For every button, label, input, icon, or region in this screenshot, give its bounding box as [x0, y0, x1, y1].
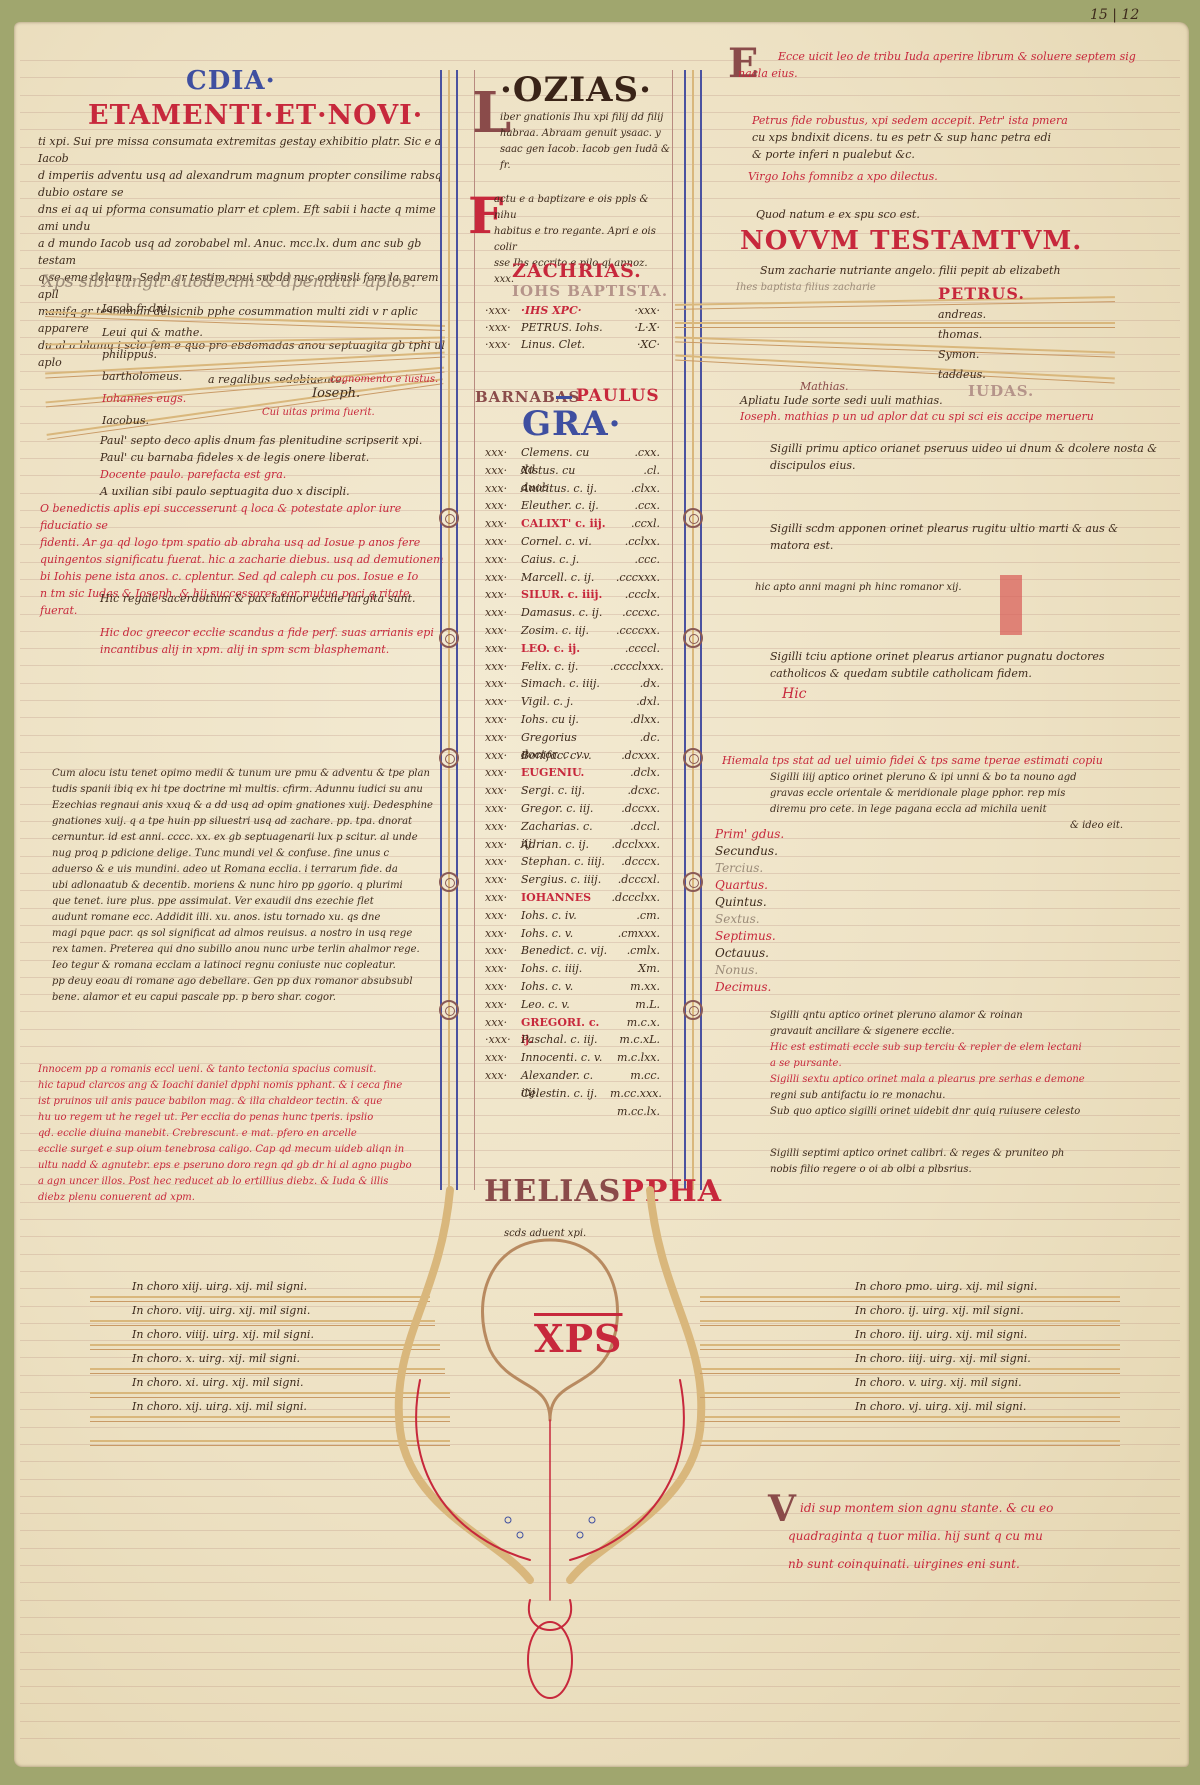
pope-marker: xxx·	[485, 853, 521, 870]
pope-marker: xxx·	[485, 942, 521, 959]
pope-row: xxx·Zosim. c. iij..ccccxx.	[485, 622, 660, 639]
pope-row: xxx·Leo. c. v.m.L.	[485, 996, 660, 1013]
apostle-strand	[675, 322, 1115, 328]
pope-row: xxx·LEO. c. ij..ccccl.	[485, 640, 660, 657]
red-blot	[1000, 575, 1022, 635]
pope-marker: xxx·	[485, 711, 521, 728]
ozias-title: ·OZIAS·	[500, 70, 652, 110]
pope-years: .dccxx.	[610, 800, 660, 817]
roundel-ornament	[683, 872, 703, 892]
pope-row: xxx·Zacharias. c. iij..dccl.	[485, 818, 660, 835]
pope-row: xxx·Caius. c. j..ccc.	[485, 551, 660, 568]
pope-marker: xxx·	[485, 622, 521, 639]
pope-row: xxx·Eleuther. c. ij..ccx.	[485, 497, 660, 514]
choir-line: In choro. iij. uirg. xij. mil signi.	[855, 1328, 1027, 1341]
pope-years: .dcccx.	[610, 853, 660, 870]
pope-name: Damasus. c. ij.	[521, 604, 610, 621]
pope-row: xxx·Adrian. c. ij..dcclxxx.	[485, 836, 660, 853]
pope-name: Sergius. c. iiij.	[521, 871, 610, 888]
nt-subline: Sum zacharie nutriante angelo. filii pep…	[760, 262, 1061, 279]
paul-notes: Paul' septo deco aplis dnum fas plenitud…	[100, 432, 440, 500]
regale-line: Hic regale sacerdotium & pax latinor ecc…	[100, 590, 415, 607]
pope-name: Benedict. c. vij.	[521, 942, 610, 959]
pope-years: .cl.	[610, 462, 660, 479]
pope-name: Gregor. c. iij.	[521, 800, 610, 817]
pope-name: SILUR. c. iiij.	[521, 586, 610, 603]
pope-marker: xxx·	[485, 889, 521, 906]
pope-years: m.c.xL.	[610, 1031, 660, 1048]
pope-years: .cccclxxx.	[610, 658, 660, 675]
pope-years: .dcxxx.	[610, 747, 660, 764]
pope-years: .dcccxl.	[610, 871, 660, 888]
seals-5-to-7: Sigilli qntu aptico orinet pleruno alamo…	[770, 1008, 1170, 1178]
intro-paragraph: ti xpi. Sui pre missa consumata extremit…	[38, 133, 448, 388]
pope-marker: xxx·	[485, 515, 521, 532]
pope-name: LEO. c. ij.	[521, 640, 610, 657]
pope-row: m.cc.lx.	[485, 1103, 660, 1120]
pope-row: xxx·EUGENIU..dclx.	[485, 764, 660, 781]
pope-name	[521, 1103, 610, 1120]
heading-line-1: CDIA·	[186, 66, 276, 96]
choir-strand	[700, 1344, 1120, 1350]
pope-years: .dlxx.	[610, 711, 660, 728]
apostle-name: Iohannes eugs.	[102, 392, 186, 405]
pope-marker: xxx·	[485, 729, 521, 746]
petrus-paragraph: Petrus fide robustus, xpi sedem accepit.…	[752, 112, 1172, 163]
choir-strand	[700, 1416, 1120, 1422]
choir-strand	[90, 1296, 430, 1302]
pope-row: xxx·Stephan. c. iiij..dcccx.	[485, 853, 660, 870]
roundel-ornament	[439, 872, 459, 892]
paulus-label: PAULUS	[576, 386, 660, 406]
pope-marker: xxx·	[485, 533, 521, 550]
pope-marker: xxx·	[485, 960, 521, 977]
pope-name: GREGORI. c. ij.	[521, 1014, 610, 1031]
roundel-ornament	[683, 748, 703, 768]
pope-marker: xxx·	[485, 462, 521, 479]
roundel-ornament	[683, 628, 703, 648]
pope-years: .ccccxx.	[610, 622, 660, 639]
pope-marker: xxx·	[485, 1014, 521, 1031]
dash-ornament	[556, 396, 572, 399]
seal-1: Sigilli primu aptico orianet pseruus uid…	[770, 440, 1170, 474]
novum-testamentum-title: NOVVM TESTAMTVM.	[740, 226, 1082, 256]
pope-years: .cxx.	[610, 444, 660, 461]
christ-medallion-ornament	[380, 1180, 720, 1780]
pope-years: .ccccl.	[610, 640, 660, 657]
pope-marker: xxx·	[485, 800, 521, 817]
pope-name: CALIXT' c. iij.	[521, 515, 610, 532]
pope-row: xxx·Marcell. c. ij..cccxxx.	[485, 569, 660, 586]
pope-row: xxx·Iohs. c. v..cmxxx.	[485, 925, 660, 942]
john-baptist-label: IOHS BAPTISTA.	[512, 282, 668, 300]
joseph-mathias-line: Ioseph. mathias p un ud aplor dat cu spi…	[740, 408, 1180, 425]
pope-years: .dccl.	[610, 818, 660, 835]
pope-marker: xxx·	[485, 871, 521, 888]
apostles-heading: Xps sibi iungit duodecim & dpenatur aplo…	[42, 272, 416, 292]
choir-line: In choro pmo. uirg. xij. mil signi.	[855, 1280, 1037, 1293]
column-frame-right	[672, 70, 673, 1190]
pope-name: Cornel. c. vi.	[521, 533, 610, 550]
pope-name: Stephan. c. iiij.	[521, 853, 610, 870]
choir-line: In choro. ij. uirg. xij. mil signi.	[855, 1304, 1024, 1317]
pope-name: Paschal. c. iij.	[521, 1031, 610, 1048]
choir-line: In choro. iiij. uirg. xij. mil signi.	[855, 1352, 1031, 1365]
xps-monogram: XPS	[534, 1316, 623, 1361]
pope-name: Simach. c. iiij.	[521, 675, 610, 692]
pope-name: Leo. c. v.	[521, 996, 610, 1013]
pope-row: xxx·Iohs. c. iv..cm.	[485, 907, 660, 924]
pope-marker: xxx·	[485, 978, 521, 995]
joseph-label: Ioseph.	[312, 386, 360, 401]
roundel-ornament	[439, 628, 459, 648]
pope-name: Eleuther. c. ij.	[521, 497, 610, 514]
pope-row: xxx·Anicitus. c. ij..clxx.	[485, 480, 660, 497]
pope-row: xxx·Iohs. c. v.m.xx.	[485, 978, 660, 995]
pope-name: Xistus. cu duob.	[521, 462, 610, 479]
pope-marker: xxx·	[485, 480, 521, 497]
choir-line: In choro. xi. uirg. xij. mil signi.	[132, 1376, 303, 1389]
pope-row: xxx·Bonifac. c. v..dcxxx.	[485, 747, 660, 764]
pope-years: m.cc.lx.	[610, 1103, 660, 1120]
pope-row: xxx·Cornel. c. vi..cclxx.	[485, 533, 660, 550]
hic-label: Hic	[782, 686, 807, 702]
pope-marker: xxx·	[485, 675, 521, 692]
pope-row: xxx·Vigil. c. j..dxl.	[485, 693, 660, 710]
pope-marker: xxx·	[485, 497, 521, 514]
pope-row: xxx·Alexander. c. iiij.m.cc.	[485, 1067, 660, 1084]
pope-name: Adrian. c. ij.	[521, 836, 610, 853]
apostle-name: PETRUS.	[938, 284, 1025, 303]
roundel-ornament	[683, 1000, 703, 1020]
apostle-name: philippus.	[102, 348, 157, 361]
joseph-note: Cui uitas prima fuerit.	[262, 405, 375, 420]
pope-name: Zosim. c. iij.	[521, 622, 610, 639]
seal-3: Sigilli tciu aptione orinet plearus arti…	[770, 648, 1160, 682]
pope-row: Celestin. c. ij.m.cc.xxx.	[485, 1085, 660, 1102]
apostle-name: Symon.	[938, 348, 979, 361]
pope-marker: xxx·	[485, 925, 521, 942]
pope-years: .cccxxx.	[610, 569, 660, 586]
pope-row: ·xxx·Paschal. c. iij.m.c.xL.	[485, 1031, 660, 1048]
choir-line: In choro. x. uirg. xij. mil signi.	[132, 1352, 300, 1365]
pope-row: xxx·Iohs. c. iiij.Xm.	[485, 960, 660, 977]
pope-row: xxx·Iohs. cu ij..dlxx.	[485, 711, 660, 728]
pope-marker: xxx·	[485, 764, 521, 781]
ordinal-list: Prim' gdus. Secundus. Tercius. Quartus. …	[715, 826, 784, 996]
pope-years: m.cc.xxx.	[610, 1085, 660, 1102]
pope-name: Iohs. cu ij.	[521, 711, 610, 728]
column-line-left-blue	[456, 70, 458, 1190]
roundel-ornament	[439, 508, 459, 528]
pope-years: .ccx.	[610, 497, 660, 514]
pope-name: Sergi. c. iij.	[521, 782, 610, 799]
pope-years: m.L.	[610, 996, 660, 1013]
pope-years: .dcxc.	[610, 782, 660, 799]
apostle-name: Iacobus.	[102, 414, 149, 427]
pope-row: xxx·Gregorius doctor. c. v..dc.	[485, 729, 660, 746]
succession-row: ·xxx·PETRUS. Iohs.·L·X·	[485, 319, 660, 336]
pope-marker: ·xxx·	[485, 1031, 521, 1048]
pope-years: .dclx.	[610, 764, 660, 781]
pope-years: m.c.lxx.	[610, 1049, 660, 1066]
pope-years: .cccxc.	[610, 604, 660, 621]
pope-years: .cclxx.	[610, 533, 660, 550]
pope-years: .ccclx.	[610, 586, 660, 603]
seal-4: Sigilli iiij aptico orinet pleruno & ipi…	[770, 770, 1170, 834]
quod-natum: Quod natum e ex spu sco est.	[756, 206, 920, 223]
zacharias-label: ZACHRIAS.	[512, 260, 642, 282]
pope-name: Clemens. cu dd.	[521, 444, 610, 461]
vidi-paragraph: idi sup montem sion agnu stante. & cu eo…	[800, 1494, 1053, 1578]
pope-row: xxx·Gregor. c. iij..dccxx.	[485, 800, 660, 817]
pope-name: Iohs. c. v.	[521, 925, 610, 942]
pope-row: xxx·Benedict. c. vij..cmlx.	[485, 942, 660, 959]
joseph-note: cognomento e iustus.	[330, 372, 438, 387]
pope-marker: xxx·	[485, 640, 521, 657]
heading-line-2: ETAMENTI·ET·NOVI·	[88, 100, 423, 131]
pope-years: m.cc.	[610, 1067, 660, 1084]
pope-row: xxx·Sergi. c. iij..dcxc.	[485, 782, 660, 799]
pope-name: Anicitus. c. ij.	[521, 480, 610, 497]
pope-row: xxx·Xistus. cu duob..cl.	[485, 462, 660, 479]
apostle-name: taddeus.	[938, 368, 986, 381]
pope-row: xxx·Clemens. cu dd..cxx.	[485, 444, 660, 461]
gratia-title: GRA·	[522, 404, 622, 444]
pope-name: Iohs. c. v.	[521, 978, 610, 995]
roundel-ornament	[439, 748, 459, 768]
pope-row: xxx·Sergius. c. iiij..dcccxl.	[485, 871, 660, 888]
pope-marker: xxx·	[485, 569, 521, 586]
greek-church-note: Hic doc greecor ecclie scandus a fide pe…	[100, 624, 450, 658]
pope-years: .cmxxx.	[610, 925, 660, 942]
pope-marker	[485, 1103, 521, 1120]
choir-strand	[700, 1392, 1120, 1398]
pope-name: Alexander. c. iiij.	[521, 1067, 610, 1084]
choir-line: In choro. vj. uirg. xij. mil signi.	[855, 1400, 1026, 1413]
pope-years: .dc.	[610, 729, 660, 746]
pope-name: Caius. c. j.	[521, 551, 610, 568]
pope-years: .cm.	[610, 907, 660, 924]
ezechias-paragraph: Cum alocu istu tenet opimo medii & tunum…	[52, 766, 452, 1006]
pope-marker: xxx·	[485, 782, 521, 799]
pope-marker: xxx·	[485, 444, 521, 461]
pope-years: .ccc.	[610, 551, 660, 568]
pope-name: Innocenti. c. v.	[521, 1049, 610, 1066]
column-line-right-blue	[700, 70, 702, 1190]
choir-strand	[700, 1296, 1120, 1302]
pope-row: xxx·SILUR. c. iiij..ccclx.	[485, 586, 660, 603]
pope-marker: xxx·	[485, 1067, 521, 1084]
pope-row: xxx·IOHANNES.dccclxx.	[485, 889, 660, 906]
pope-name: Bonifac. c. v.	[521, 747, 610, 764]
pope-name: Iohs. c. iv.	[521, 907, 610, 924]
pope-years: m.xx.	[610, 978, 660, 995]
pope-name: Celestin. c. ij.	[521, 1085, 610, 1102]
faint-note: Ihes baptista filius zacharie	[736, 280, 876, 295]
pope-marker: xxx·	[485, 693, 521, 710]
virgo-iohs: Virgo Iohs fomnibz a xpo dilectus.	[748, 168, 938, 185]
pope-marker	[485, 1085, 521, 1102]
pope-years: .ccxl.	[610, 515, 660, 532]
pope-years: m.c.x.	[610, 1014, 660, 1031]
roundel-ornament	[439, 1000, 459, 1020]
pope-years: .dccclxx.	[610, 889, 660, 906]
mathias-line: Apliatu Iude sorte sedi uuli mathias.	[740, 392, 943, 409]
pope-years: .dxl.	[610, 693, 660, 710]
pope-row: xxx·Damasus. c. ij..cccxc.	[485, 604, 660, 621]
apostle-name: Iacob fr dni.	[102, 302, 170, 315]
pope-marker: xxx·	[485, 658, 521, 675]
folio-number: 15 | 12	[1090, 8, 1139, 23]
pope-years: .cmlx.	[610, 942, 660, 959]
choir-line: In choro xiij. uirg. xij. mil signi.	[132, 1280, 307, 1293]
choir-strand	[700, 1368, 1120, 1374]
pope-marker: xxx·	[485, 907, 521, 924]
pope-years: .dx.	[610, 675, 660, 692]
pope-row: xxx·GREGORI. c. ij.m.c.x.	[485, 1014, 660, 1031]
pope-name: Felix. c. ij.	[521, 658, 610, 675]
pope-marker: xxx·	[485, 996, 521, 1013]
pope-name: Zacharias. c. iij.	[521, 818, 610, 835]
hiemala-line: Hiemala tps stat ad uel uimio fidei & tp…	[722, 752, 1172, 769]
seal-2: Sigilli scdm apponen orinet plearus rugi…	[770, 520, 1150, 554]
pope-name: Gregorius doctor. c. v.	[521, 729, 610, 746]
pope-years: Xm.	[610, 960, 660, 977]
pope-marker: xxx·	[485, 551, 521, 568]
pope-name: IOHANNES	[521, 889, 610, 906]
pope-name: Marcell. c. ij.	[521, 569, 610, 586]
roundel-ornament	[683, 508, 703, 528]
pope-row: xxx·Innocenti. c. v.m.c.lxx.	[485, 1049, 660, 1066]
pope-name: EUGENIU.	[521, 764, 610, 781]
pope-years: .dcclxxx.	[610, 836, 660, 853]
choir-line: In choro. xij. uirg. xij. mil signi.	[132, 1400, 307, 1413]
apostle-name: thomas.	[938, 328, 982, 341]
apostle-name: andreas.	[938, 308, 986, 321]
genealogy-text: iber gnationis Ihu xpi filij dd filijhab…	[500, 110, 670, 174]
choir-line: In choro. viij. uirg. xij. mil signi.	[132, 1304, 310, 1317]
pope-marker: xxx·	[485, 836, 521, 853]
pope-marker: xxx·	[485, 586, 521, 603]
apostle-name: Leui qui & mathe.	[102, 326, 203, 339]
pope-marker: xxx·	[485, 747, 521, 764]
choir-strand	[700, 1440, 1120, 1446]
choir-line: In choro. v. uirg. xij. mil signi.	[855, 1376, 1022, 1389]
choir-strand	[700, 1320, 1120, 1326]
pope-marker: xxx·	[485, 1049, 521, 1066]
succession-row: ·xxx·Linus. Clet.·XC·	[485, 336, 660, 353]
pope-years: .clxx.	[610, 480, 660, 497]
pope-marker: xxx·	[485, 818, 521, 835]
apostle-name: bartholomeus.	[102, 370, 182, 383]
pope-marker: xxx·	[485, 604, 521, 621]
pope-row: xxx·CALIXT' c. iij..ccxl.	[485, 515, 660, 532]
pope-row: xxx·Felix. c. ij..cccclxxx.	[485, 658, 660, 675]
succession-row: ·xxx··IHS XPC··xxx·	[485, 302, 660, 319]
pope-name: Vigil. c. j.	[521, 693, 610, 710]
judas-label: IUDAS.	[968, 382, 1034, 400]
choir-line: In choro. viiij. uirg. xij. mil signi.	[132, 1328, 314, 1341]
pope-row: xxx·Simach. c. iiij..dx.	[485, 675, 660, 692]
pope-name: Iohs. c. iiij.	[521, 960, 610, 977]
seal-note: hic apto anni magni ph hinc romanor xij.	[755, 580, 962, 595]
lion-of-juda-text: Ecce uicit leo de tribu Iuda aperire lib…	[778, 48, 1178, 82]
